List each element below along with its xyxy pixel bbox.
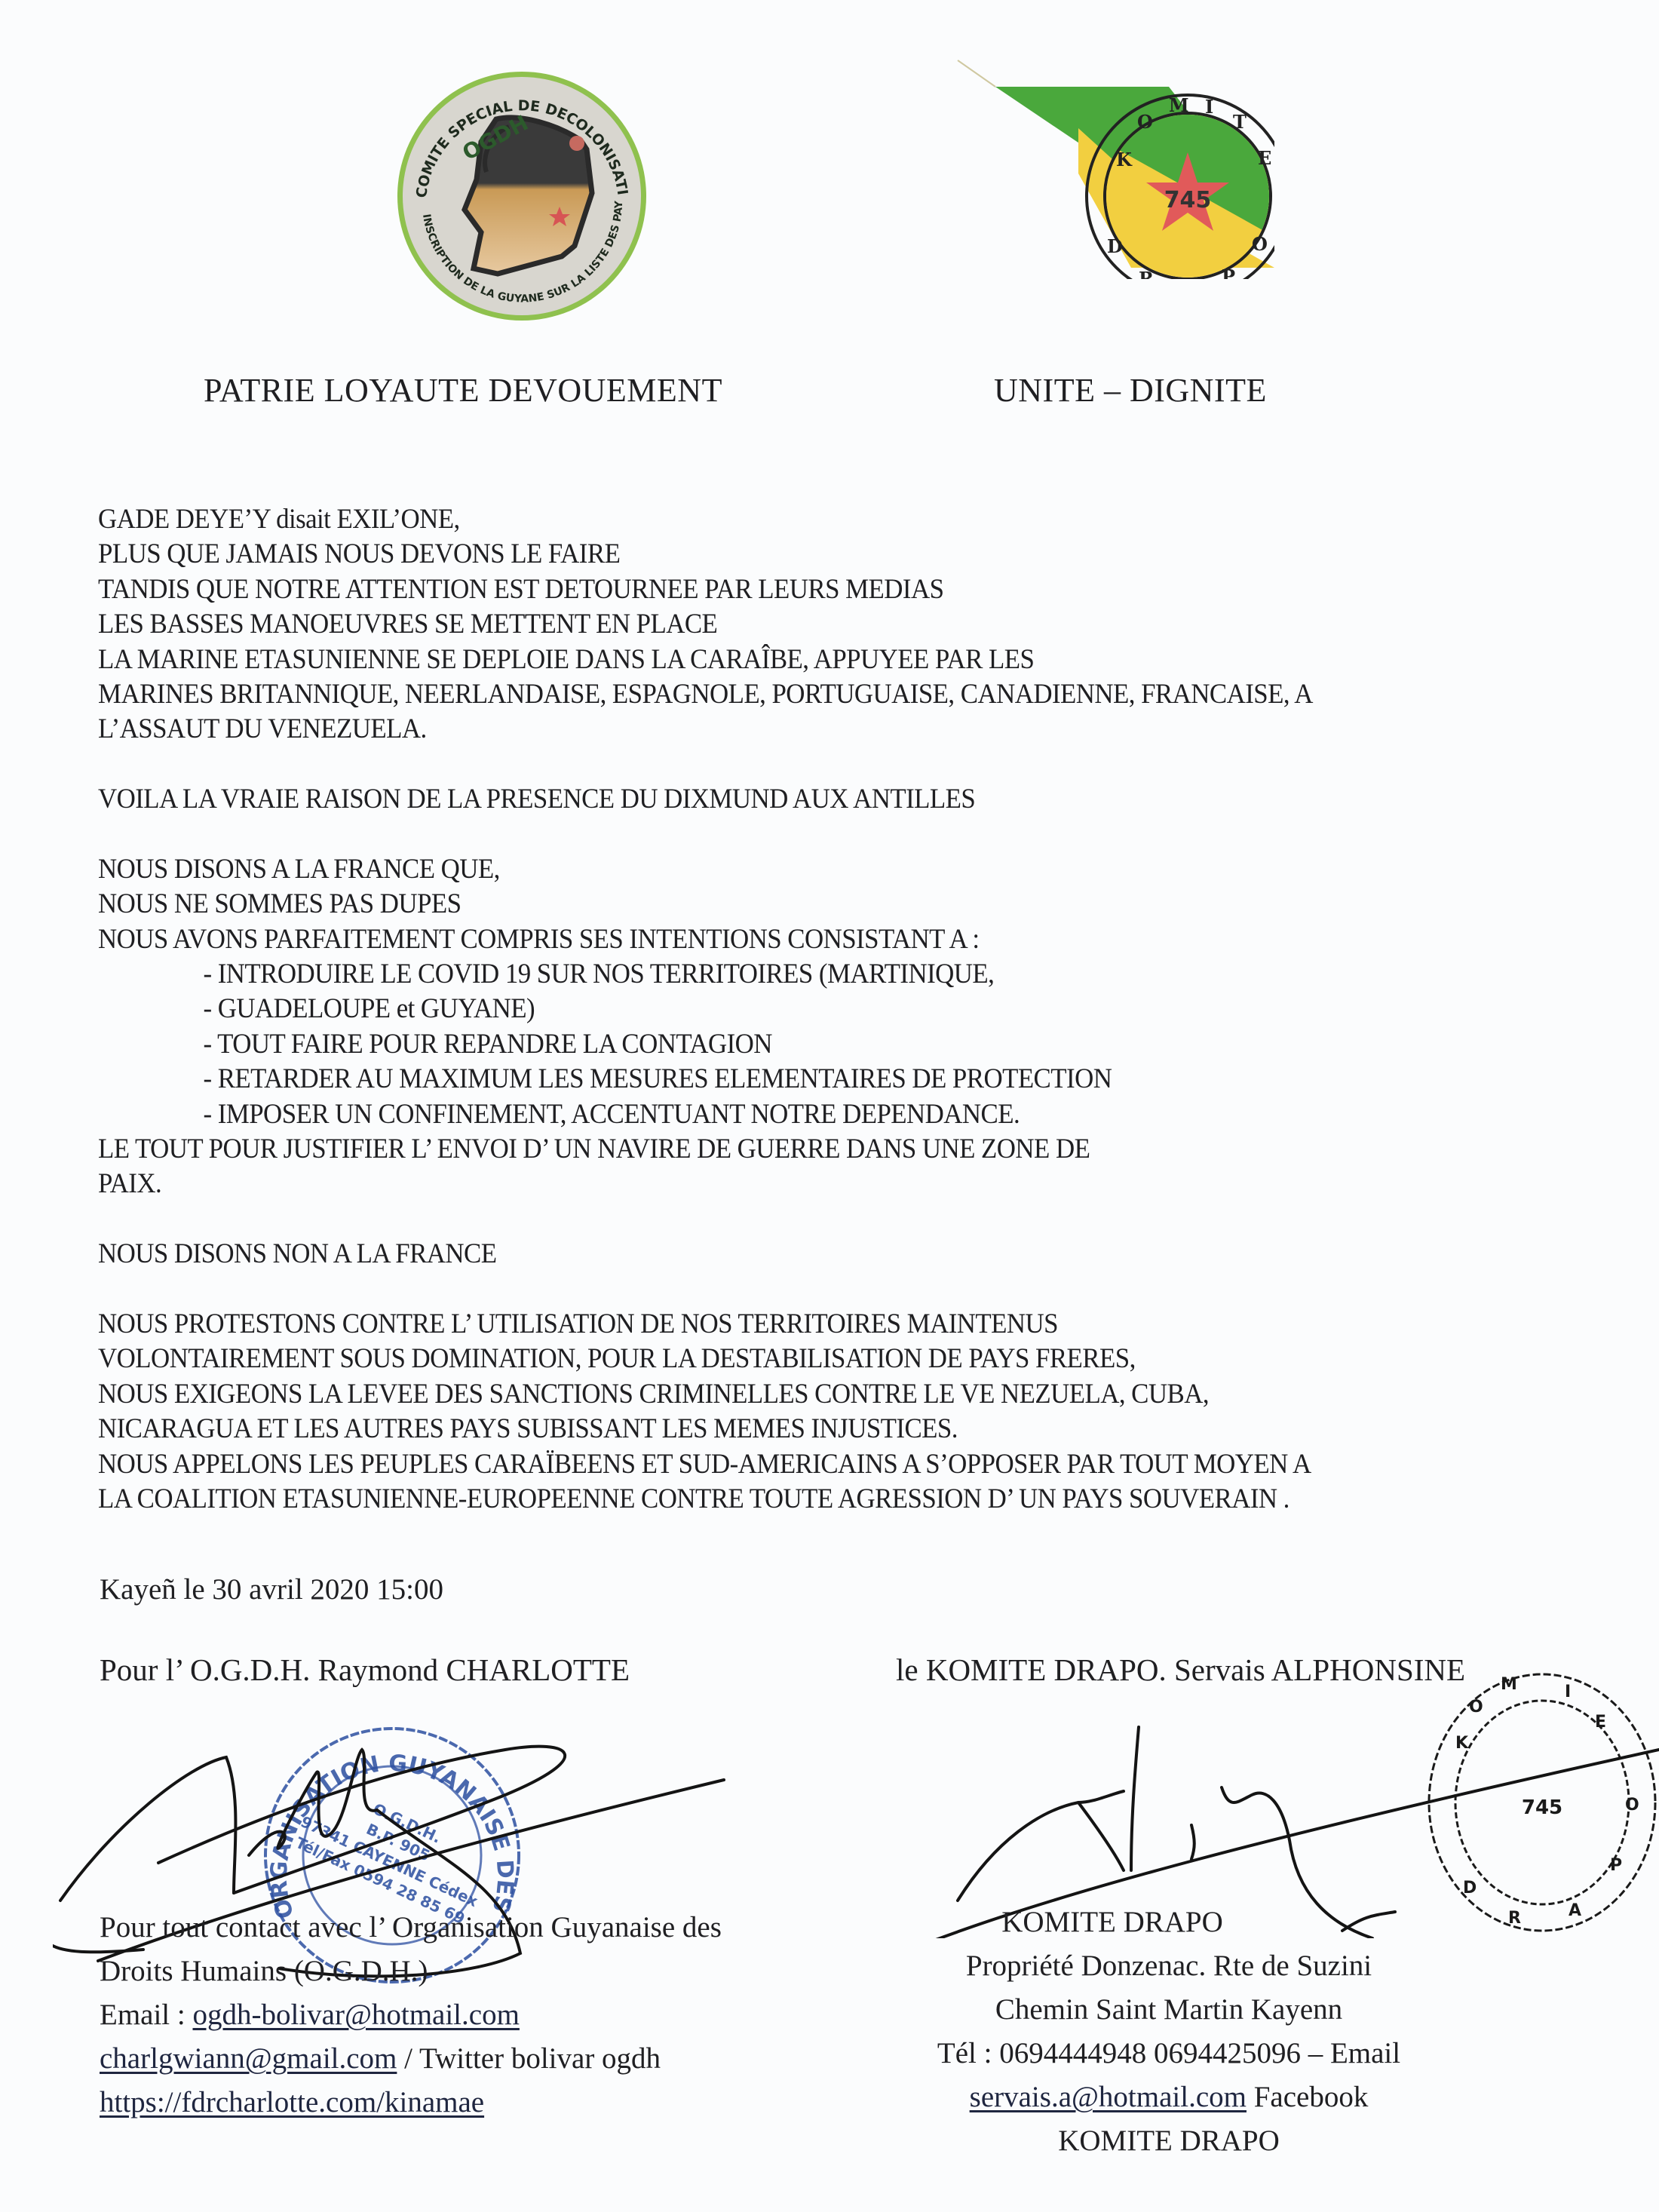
svg-text:O: O: [1252, 233, 1268, 255]
date-place: Kayeñ le 30 avril 2020 15:00: [100, 1572, 443, 1606]
body-line: LA MARINE ETASUNIENNE SE DEPLOIE DANS LA…: [98, 643, 1486, 677]
svg-text:ORGANISATION GUYANAISE DES DRO: ORGANISATION GUYANAISE DES DROITS: [249, 1712, 518, 1925]
svg-text:R: R: [1508, 1909, 1521, 1928]
signatory-right: le KOMITE DRAPO. Servais ALPHONSINE: [896, 1652, 1465, 1688]
body-line: L’ASSAUT DU VENEZUELA.: [98, 712, 1486, 747]
komite-drapo-flag-logo: 745 KOM ITE DRA PO: [943, 53, 1274, 279]
svg-text:D: D: [1107, 235, 1123, 257]
svg-text:O.G.D.H.: O.G.D.H.: [370, 1799, 444, 1847]
contact-ogdh-twitter-row: charlgwiann@gmail.com / Twitter bolivar …: [100, 2037, 722, 2081]
svg-text:K: K: [1455, 1734, 1469, 1753]
contact-ogdh-website-row: https://fdrcharlotte.com/kinamae: [100, 2081, 722, 2125]
body-line: MARINES BRITANNIQUE, NEERLANDAISE, ESPAG…: [98, 677, 1486, 712]
contact-komite-address1: Propriété Donzenac. Rte de Suzini: [920, 1944, 1418, 1988]
body-line: LE TOUT POUR JUSTIFIER L’ ENVOI D’ UN NA…: [98, 1132, 1486, 1167]
contact-komite-facebook-name: KOMITE DRAPO: [920, 2119, 1418, 2163]
svg-text:P: P: [1222, 265, 1235, 279]
bullet-item: - IMPOSER UN CONFINEMENT, ACCENTUANT NOT…: [98, 1097, 1486, 1132]
contact-komite-phone: Tél : 0694444948 0694425096 – Email: [920, 2032, 1418, 2075]
svg-text:I: I: [1205, 96, 1213, 118]
bullet-item: - INTRODUIRE LE COVID 19 SUR NOS TERRITO…: [98, 957, 1486, 992]
bullet-item: - TOUT FAIRE POUR REPANDRE LA CONTAGION: [98, 1027, 1486, 1062]
svg-text:745: 745: [1522, 1796, 1562, 1819]
svg-text:O: O: [1625, 1796, 1639, 1815]
contact-komite-drapo: KOMITE DRAPO Propriété Donzenac. Rte de …: [920, 1901, 1418, 2163]
body-line: NICARAGUA ET LES AUTRES PAYS SUBISSANT L…: [98, 1412, 1486, 1447]
svg-text:A: A: [1179, 277, 1194, 279]
svg-text:M: M: [1501, 1675, 1517, 1694]
body-line: PLUS QUE JAMAIS NOUS DEVONS LE FAIRE: [98, 537, 1486, 572]
body-line: GADE DEYE’Y disait EXIL’ONE,: [98, 502, 1486, 537]
body-line: NOUS DISONS A LA FRANCE QUE,: [98, 852, 1486, 887]
svg-text:T: T: [1233, 111, 1247, 133]
bullet-item: - GUADELOUPE et GUYANE): [98, 992, 1486, 1026]
motto-left: PATRIE LOYAUTE DEVOUEMENT: [204, 371, 722, 410]
contact-ogdh-line2: Droits Humains (O.G.D.H.): [100, 1950, 722, 1993]
body-line: LES BASSES MANOEUVRES SE METTENT EN PLAC…: [98, 607, 1486, 642]
svg-text:R: R: [1139, 268, 1155, 279]
body-line: NOUS NE SOMMES PAS DUPES: [98, 887, 1486, 922]
svg-text:97341 CAYENNE Cédex: 97341 CAYENNE Cédex: [298, 1812, 480, 1910]
star-number: 745: [1164, 187, 1212, 213]
body-line: VOILA LA VRAIE RAISON DE LA PRESENCE DU …: [98, 782, 1486, 817]
svg-text:O: O: [1137, 111, 1153, 133]
svg-text:B.P. 905: B.P. 905: [363, 1820, 433, 1865]
contact-ogdh: Pour tout contact avec l’ Organisation G…: [100, 1906, 722, 2125]
body-line: TANDIS QUE NOTRE ATTENTION EST DETOURNEE…: [98, 572, 1486, 607]
email-link-ogdh[interactable]: ogdh-bolivar@hotmail.com: [192, 1999, 519, 2031]
ogdh-seal-logo: COMITE SPECIAL DE DECOLONISATION DE L'ON…: [392, 59, 652, 330]
svg-text:P: P: [1610, 1856, 1622, 1875]
svg-text:O: O: [1469, 1698, 1483, 1717]
contact-ogdh-line1: Pour tout contact avec l’ Organisation G…: [100, 1906, 722, 1950]
contact-komite-title: KOMITE DRAPO: [920, 1901, 1418, 1944]
motto-right: UNITE – DIGNITE: [994, 371, 1267, 410]
svg-text:M: M: [1169, 94, 1189, 116]
body-line: NOUS DISONS NON A LA FRANCE: [98, 1237, 1486, 1272]
body-line: NOUS PROTESTONS CONTRE L’ UTILISATION DE…: [98, 1307, 1486, 1342]
body-line: PAIX.: [98, 1167, 1486, 1201]
contact-ogdh-email-row: Email : ogdh-bolivar@hotmail.com: [100, 1993, 722, 2037]
email-link-servais[interactable]: servais.a@hotmail.com: [970, 2081, 1247, 2113]
bullet-item: - RETARDER AU MAXIMUM LES MESURES ELEMEN…: [98, 1062, 1486, 1097]
body-line: NOUS EXIGEONS LA LEVEE DES SANCTIONS CRI…: [98, 1377, 1486, 1412]
website-link[interactable]: https://fdrcharlotte.com/kinamae: [100, 2086, 484, 2118]
contact-komite-email-row: servais.a@hotmail.com Facebook: [920, 2075, 1418, 2119]
svg-text:I: I: [1565, 1683, 1571, 1701]
email-link-charlgwiann[interactable]: charlgwiann@gmail.com: [100, 2042, 397, 2075]
svg-text:E: E: [1258, 147, 1271, 169]
svg-text:K: K: [1116, 149, 1133, 170]
body-line: VOLONTAIREMENT SOUS DOMINATION, POUR LA …: [98, 1342, 1486, 1376]
contact-komite-address2: Chemin Saint Martin Kayenn: [920, 1988, 1418, 2032]
signatory-left: Pour l’ O.G.D.H. Raymond CHARLOTTE: [100, 1652, 630, 1688]
svg-text:E: E: [1595, 1713, 1606, 1732]
komite-drapo-stamp: KOM IE OPA RD 745: [1410, 1667, 1659, 1938]
svg-text:A: A: [1569, 1901, 1581, 1920]
body-line: NOUS APPELONS LES PEUPLES CARAÏBEENS ET …: [98, 1447, 1486, 1482]
letter-body: GADE DEYE’Y disait EXIL’ONE, PLUS QUE JA…: [98, 502, 1486, 1517]
svg-text:D: D: [1463, 1879, 1477, 1898]
body-line: LA COALITION ETASUNIENNE-EUROPEENNE CONT…: [98, 1482, 1486, 1517]
body-line: NOUS AVONS PARFAITEMENT COMPRIS SES INTE…: [98, 922, 1486, 957]
